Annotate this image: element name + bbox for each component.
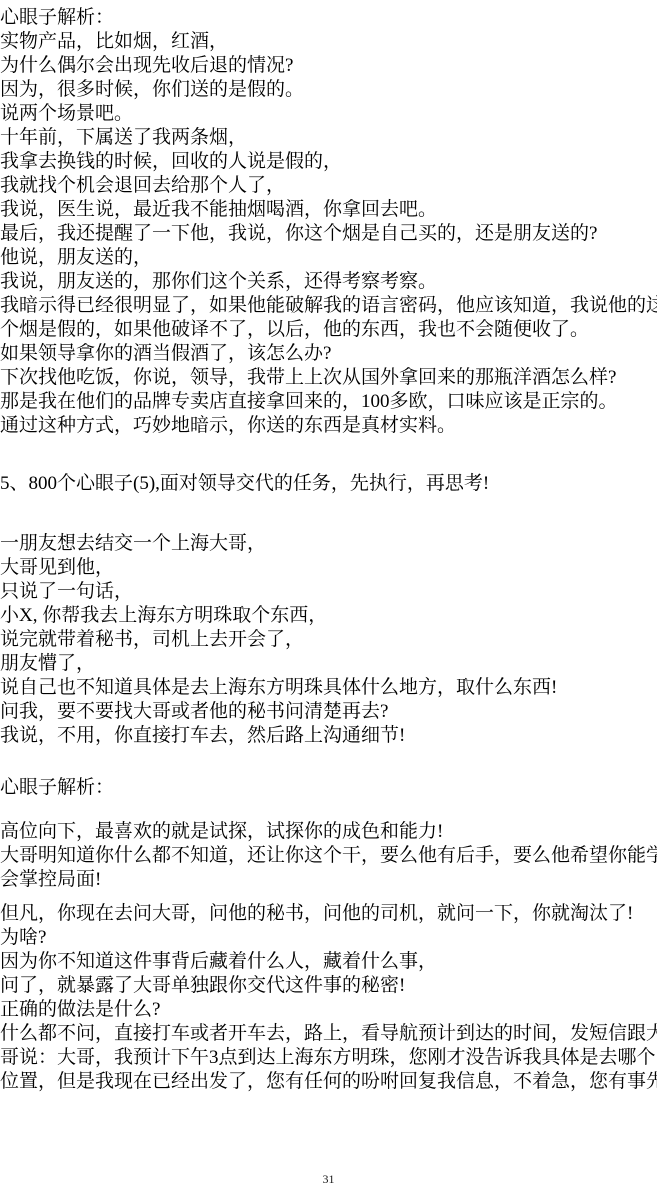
text-line: 会掌控局面! — [0, 868, 657, 892]
text-line: 问我，要不要找大哥或者他的秘书问清楚再去? — [0, 700, 657, 724]
text-line: 哥说：大哥，我预计下午3点到达上海东方明珠，您刚才没告诉我具体是去哪个 — [0, 1046, 657, 1070]
text-line: 朋友懵了， — [0, 652, 657, 676]
text-line: 大哥明知道你什么都不知道，还让你这个干，要么他有后手，要么他希望你能学 — [0, 844, 657, 868]
text-line: 十年前，下属送了我两条烟， — [0, 126, 657, 150]
text-line: 他说，朋友送的， — [0, 246, 657, 270]
text-line: 我拿去换钱的时候，回收的人说是假的， — [0, 150, 657, 174]
text-line: 我说，医生说，最近我不能抽烟喝酒，你拿回去吧。 — [0, 198, 657, 222]
paragraph-gift-intro: 心眼子解析： 实物产品，比如烟，红酒， 为什么偶尔会出现先收后退的情况? 因为，… — [0, 6, 657, 126]
text-line: 一朋友想去结交一个上海大哥， — [0, 532, 657, 556]
text-line: 我暗示得已经很明显了，如果他能破解我的语言密码，他应该知道，我说他的这 — [0, 294, 657, 318]
text-line: 下次找他吃饭，你说，领导，我带上上次从国外拿回来的那瓶洋酒怎么样? — [0, 366, 657, 390]
text-line: 我说，不用，你直接打车去，然后路上沟通细节! — [0, 724, 657, 748]
text-line: 正确的做法是什么? — [0, 998, 657, 1022]
section-heading-800-xinyanzi-5: 5、800个心眼子(5),面对领导交代的任务，先执行，再思考! — [0, 472, 657, 496]
text-line: 我就找个机会退回去给那个人了， — [0, 174, 657, 198]
page-footer: 31 — [0, 1170, 657, 1188]
text-line: 为啥? — [0, 926, 657, 950]
text-line: 最后，我还提醒了一下他，我说，你这个烟是自己买的，还是朋友送的? — [0, 222, 657, 246]
section-subheading: 心眼子解析： — [0, 776, 657, 800]
text-line: 说两个场景吧。 — [0, 102, 657, 126]
text-line: 问了，就暴露了大哥单独跟你交代这件事的秘密! — [0, 974, 657, 998]
text-line: 因为你不知道这件事背后藏着什么人，藏着什么事， — [0, 950, 657, 974]
text-line: 高位向下，最喜欢的就是试探，试探你的成色和能力! — [0, 820, 657, 844]
text-line: 如果领导拿你的酒当假酒了，该怎么办? — [0, 342, 657, 366]
text-line: 说完就带着秘书，司机上去开会了， — [0, 628, 657, 652]
paragraph-analysis-test: 高位向下，最喜欢的就是试探，试探你的成色和能力! 大哥明知道你什么都不知道，还让… — [0, 820, 657, 892]
paragraph-cigarette-story: 十年前，下属送了我两条烟， 我拿去换钱的时候，回收的人说是假的， 我就找个机会退… — [0, 126, 657, 438]
text-line: 大哥见到他， — [0, 556, 657, 580]
paragraph-shanghai-story: 一朋友想去结交一个上海大哥， 大哥见到他， 只说了一句话， 小X, 你帮我去上海… — [0, 532, 657, 748]
text-line: 但凡，你现在去问大哥，问他的秘书，问他的司机，就问一下，你就淘汰了! — [0, 902, 657, 926]
text-line: 为什么偶尔会出现先收后退的情况? — [0, 54, 657, 78]
text-line: 说自己也不知道具体是去上海东方明珠具体什么地方，取什么东西! — [0, 676, 657, 700]
page-number: 31 — [323, 1172, 335, 1186]
text-line: 心眼子解析： — [0, 6, 657, 30]
section-heading: 5、800个心眼子(5),面对领导交代的任务，先执行，再思考! — [0, 472, 657, 496]
text-line: 因为，很多时候，你们送的是假的。 — [0, 78, 657, 102]
paragraph-analysis-correct-way: 但凡，你现在去问大哥，问他的秘书，问他的司机，就问一下，你就淘汰了! 为啥? 因… — [0, 902, 657, 1094]
text-line: 我说，朋友送的，那你们这个关系，还得考察考察。 — [0, 270, 657, 294]
text-line: 小X, 你帮我去上海东方明珠取个东西， — [0, 604, 657, 628]
text-line: 那是我在他们的品牌专卖店直接拿回来的，100多欧，口味应该是正宗的。 — [0, 390, 657, 414]
text-line: 只说了一句话， — [0, 580, 657, 604]
section-subheading-analysis: 心眼子解析： — [0, 776, 657, 800]
text-line: 实物产品，比如烟，红酒， — [0, 30, 657, 54]
text-line: 位置，但是我现在已经出发了，您有任何的吩咐回复我信息，不着急，您有事先 — [0, 1070, 657, 1094]
text-line: 个烟是假的，如果他破译不了，以后，他的东西，我也不会随便收了。 — [0, 318, 657, 342]
text-line: 通过这种方式，巧妙地暗示，你送的东西是真材实料。 — [0, 414, 657, 438]
text-line: 什么都不问，直接打车或者开车去，路上，看导航预计到达的时间，发短信跟大 — [0, 1022, 657, 1046]
document-page: 心眼子解析： 实物产品，比如烟，红酒， 为什么偶尔会出现先收后退的情况? 因为，… — [0, 0, 657, 1189]
